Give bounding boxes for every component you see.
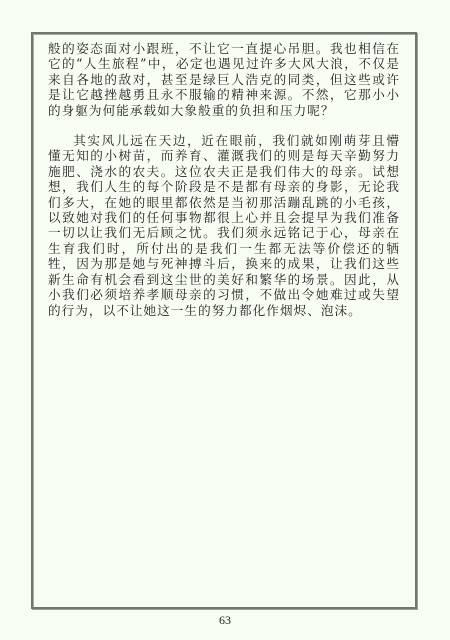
- paragraph-1: 般的姿态面对小跟班，不让它一直提心吊胆。我也相信在它的“人生旅程”中，必定也遇见…: [48, 41, 400, 118]
- paragraph-2: 其实风儿远在天边，近在眼前，我们就如刚萌芽且懵懂无知的小树苗，而养育、灌溉我们的…: [48, 133, 400, 318]
- document-page: 般的姿态面对小跟班，不让它一直提心吊胆。我也相信在它的“人生旅程”中，必定也遇见…: [0, 0, 450, 640]
- page-border-frame: 般的姿态面对小跟班，不让它一直提心吊胆。我也相信在它的“人生旅程”中，必定也遇见…: [31, 32, 417, 609]
- page-number: 63: [0, 613, 450, 628]
- body-text: 般的姿态面对小跟班，不让它一直提心吊胆。我也相信在它的“人生旅程”中，必定也遇见…: [48, 41, 400, 318]
